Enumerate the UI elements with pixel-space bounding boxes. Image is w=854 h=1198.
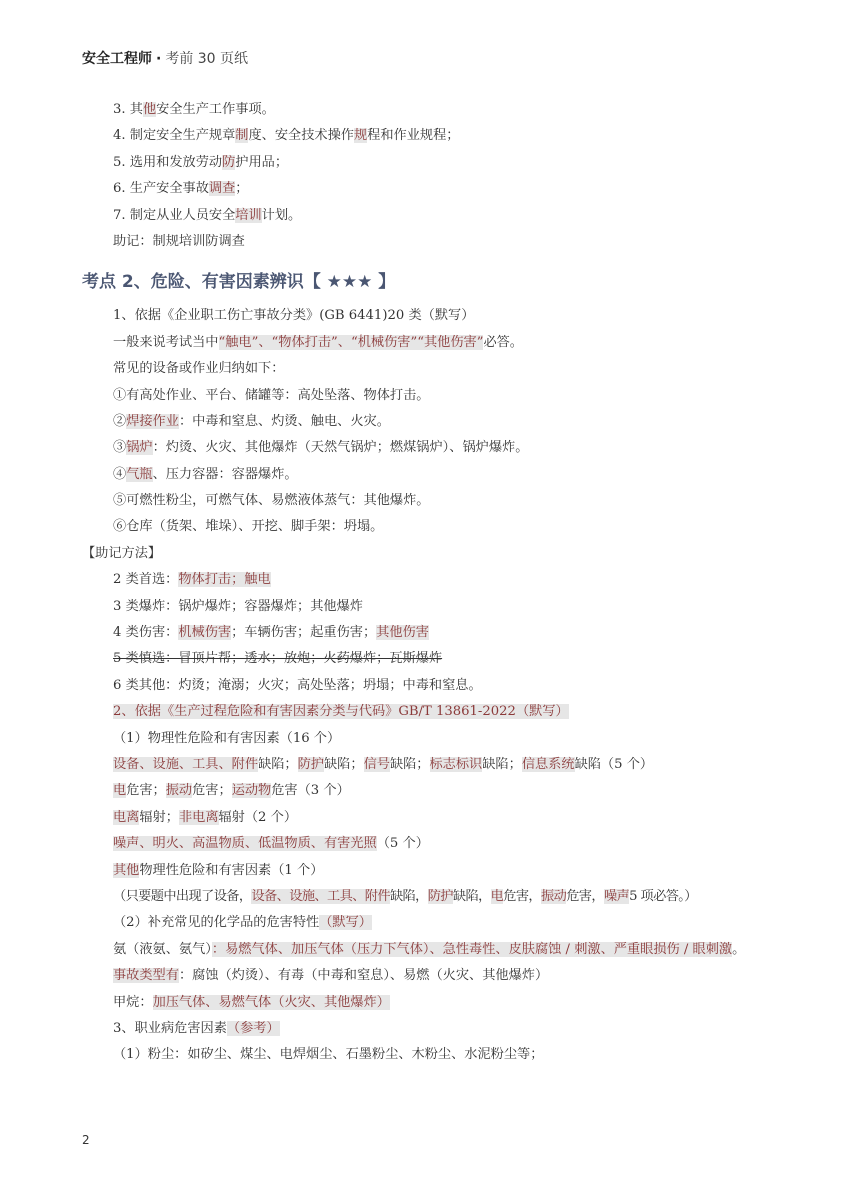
text-line: 【助记方法】 xyxy=(82,541,762,567)
highlighted-text: 事故类型有 xyxy=(113,968,179,983)
text-line: 设备、设施、工具、附件缺陷；防护缺陷；信号缺陷；标志标识缺陷；信息系统缺陷（5 … xyxy=(82,752,762,778)
page-header: 安全工程师·考前 30 页纸 xyxy=(82,48,248,68)
highlighted-text: 加压气体、易燃气体（火灾、其他爆炸） xyxy=(153,995,390,1010)
text-line: 2、依据《生产过程危险和有害因素分类与代码》GB/T 13861-2022（默写… xyxy=(82,699,762,725)
text-run: 危害（3 个） xyxy=(271,783,350,798)
text-run: 危害， xyxy=(503,889,541,904)
highlighted-text: 电 xyxy=(491,889,504,904)
text-run: 3 类爆炸：锅炉爆炸；容器爆炸；其他爆炸 xyxy=(113,599,363,614)
text-run: 缺陷， xyxy=(390,889,428,904)
text-run: 5 项必答。） xyxy=(629,889,697,904)
text-line: 氨（液氨、氨气）：易燃气体、加压气体（压力下气体）、急性毒性、皮肤腐蚀 / 刺激… xyxy=(82,937,762,963)
highlighted-text: 气瓶 xyxy=(126,467,152,482)
text-line: （1）物理性危险和有害因素（16 个） xyxy=(82,726,762,752)
text-run: （只要题中出现了设备， xyxy=(113,889,251,904)
text-run: 甲烷： xyxy=(113,995,153,1010)
text-run: ⑥仓库（货架、堆垛）、开挖、脚手架：坍塌。 xyxy=(113,519,383,534)
highlighted-text: 机械伤害 xyxy=(178,625,231,640)
text-run: 。 xyxy=(732,942,745,957)
text-run: 安全生产工作事项。 xyxy=(156,102,275,117)
text-run: ④ xyxy=(113,467,126,482)
text-line: ③锅炉：灼烫、火灾、其他爆炸（天然气锅炉；燃煤锅炉）、锅炉爆炸。 xyxy=(82,435,762,461)
highlighted-text: 防护 xyxy=(298,757,324,772)
highlighted-text: （默写） xyxy=(319,915,372,930)
highlighted-text: 设备、设施、工具、附件 xyxy=(113,757,258,772)
text-run: 7. 制定从业人员安全 xyxy=(113,208,235,223)
header-subtitle: 考前 30 页纸 xyxy=(165,51,248,67)
highlighted-text: 防 xyxy=(222,155,235,170)
text-line: 噪声、明火、高温物质、低温物质、有害光照（5 个） xyxy=(82,831,762,857)
highlighted-text: 规 xyxy=(354,128,367,143)
document-body: 3. 其他安全生产工作事项。4. 制定安全生产规章制度、安全技术操作规程和作业规… xyxy=(82,97,762,1069)
highlighted-text: 噪声、明火、高温物质、低温物质、有害光照 xyxy=(113,836,377,851)
text-line: 其他物理性危险和有害因素（1 个） xyxy=(82,858,762,884)
page-number: 2 xyxy=(82,1133,90,1147)
header-separator: · xyxy=(156,51,161,67)
text-run: 助记：制规培训防调查 xyxy=(113,234,245,249)
text-line: （1）粉尘：如矽尘、煤尘、电焊烟尘、石墨粉尘、木粉尘、水泥粉尘等； xyxy=(82,1042,762,1068)
text-run: 度、安全技术操作 xyxy=(248,128,354,143)
text-line: ②焊接作业：中毒和窒息、灼烫、触电、火灾。 xyxy=(82,409,762,435)
text-line: ①有高处作业、平台、储罐等：高处坠落、物体打击。 xyxy=(82,383,762,409)
text-line: 助记：制规培训防调查 xyxy=(82,229,762,255)
highlighted-text: 振动 xyxy=(541,889,566,904)
text-run: ③ xyxy=(113,440,126,455)
text-run: ：中毒和窒息、灼烫、触电、火灾。 xyxy=(179,414,390,429)
text-run: 缺陷， xyxy=(453,889,491,904)
text-run: 危害； xyxy=(126,783,166,798)
text-line: 7. 制定从业人员安全培训计划。 xyxy=(82,203,762,229)
text-line: 事故类型有：腐蚀（灼烫）、有毒（中毒和窒息）、易燃（火灾、其他爆炸） xyxy=(82,963,762,989)
text-run: 程和作业规程； xyxy=(367,128,459,143)
text-run: 缺陷； xyxy=(482,757,522,772)
text-line: 5. 选用和发放劳动防护用品； xyxy=(82,150,762,176)
text-line: 3 类爆炸：锅炉爆炸；容器爆炸；其他爆炸 xyxy=(82,594,762,620)
text-run: （1）粉尘：如矽尘、煤尘、电焊烟尘、石墨粉尘、木粉尘、水泥粉尘等； xyxy=(113,1047,543,1062)
text-run: 一般来说考试当中 xyxy=(113,335,219,350)
text-run: ：灼烫、火灾、其他爆炸（天然气锅炉；燃煤锅炉）、锅炉爆炸。 xyxy=(153,440,529,455)
text-run: 计划。 xyxy=(262,208,302,223)
text-run: 缺陷； xyxy=(258,757,298,772)
highlighted-text: 振动 xyxy=(166,783,192,798)
text-run: 辐射； xyxy=(139,810,179,825)
text-run: 5. 选用和发放劳动 xyxy=(113,155,222,170)
highlighted-text: 噪声 xyxy=(604,889,629,904)
text-run: 1、依据《企业职工伤亡事故分类》(GB 6441)20 类（默写） xyxy=(113,308,474,323)
text-line: （2）补充常见的化学品的危害特性（默写） xyxy=(82,910,762,936)
highlighted-text: 电离 xyxy=(113,810,139,825)
text-run: 6 类其他：灼烫；淹溺；火灾；高处坠落；坍塌；中毒和窒息。 xyxy=(113,678,482,693)
highlighted-text: 物体打击；触电 xyxy=(178,572,270,587)
text-run: 5 类慎选：冒顶片帮；透水；放炮；火药爆炸；瓦斯爆炸 xyxy=(113,651,442,666)
duty-list: 3. 其他安全生产工作事项。4. 制定安全生产规章制度、安全技术操作规程和作业规… xyxy=(82,97,762,255)
text-line: 6. 生产安全事故调查； xyxy=(82,176,762,202)
highlighted-text: 2、依据《生产过程危险和有害因素分类与代码》GB/T 13861-2022（默写… xyxy=(113,704,569,719)
highlighted-text: 电 xyxy=(113,783,126,798)
highlighted-text: 非电离 xyxy=(179,810,219,825)
highlighted-text: 运动物 xyxy=(232,783,272,798)
text-run: 缺陷（5 个） xyxy=(575,757,654,772)
highlighted-text: 其他伤害 xyxy=(376,625,429,640)
text-line: 常见的设备或作业归纳如下： xyxy=(82,356,762,382)
highlighted-text: 他 xyxy=(143,102,156,117)
text-line: ⑤可燃性粉尘，可燃气体、易燃液体蒸气：其他爆炸。 xyxy=(82,488,762,514)
text-run: 危害， xyxy=(566,889,604,904)
text-line: 4. 制定安全生产规章制度、安全技术操作规程和作业规程； xyxy=(82,123,762,149)
text-line: 一般来说考试当中“触电”、“物体打击”、“机械伤害”“其他伤害”必答。 xyxy=(82,330,762,356)
highlighted-text: 信息系统 xyxy=(522,757,575,772)
text-run: 常见的设备或作业归纳如下： xyxy=(113,361,284,376)
highlighted-text: ：易燃气体、加压气体（压力下气体）、急性毒性、皮肤腐蚀 / 刺激、严重眼损伤 /… xyxy=(212,942,732,957)
highlighted-text: 标志标识 xyxy=(430,757,483,772)
text-run: ；车辆伤害；起重伤害； xyxy=(231,625,376,640)
text-line: 6 类其他：灼烫；淹溺；火灾；高处坠落；坍塌；中毒和窒息。 xyxy=(82,673,762,699)
text-run: 、压力容器：容器爆炸。 xyxy=(153,467,298,482)
text-run: ①有高处作业、平台、储罐等：高处坠落、物体打击。 xyxy=(113,388,430,403)
text-line: 5 类慎选：冒顶片帮；透水；放炮；火药爆炸；瓦斯爆炸 xyxy=(82,646,762,672)
text-run: 4 类伤害： xyxy=(113,625,178,640)
text-run: 必答。 xyxy=(483,335,523,350)
section-content: 1、依据《企业职工伤亡事故分类》(GB 6441)20 类（默写）一般来说考试当… xyxy=(82,303,762,1068)
highlighted-text: “触电”、“物体打击”、“机械伤害”“其他伤害” xyxy=(219,335,484,350)
text-line: 4 类伤害：机械伤害；车辆伤害；起重伤害；其他伤害 xyxy=(82,620,762,646)
text-line: 2 类首选：物体打击；触电 xyxy=(82,567,762,593)
text-run: 缺陷； xyxy=(390,757,430,772)
text-line: 电危害；振动危害；运动物危害（3 个） xyxy=(82,778,762,804)
highlighted-text: 设备、设施、工具、附件 xyxy=(251,889,389,904)
text-run: （5 个） xyxy=(377,836,429,851)
text-run: ⑤可燃性粉尘，可燃气体、易燃液体蒸气：其他爆炸。 xyxy=(113,493,430,508)
text-run: 物理性危险和有害因素（1 个） xyxy=(139,863,323,878)
highlighted-text: 培训 xyxy=(235,208,261,223)
header-brand: 安全工程师 xyxy=(82,51,152,67)
text-run: 护用品； xyxy=(235,155,288,170)
text-line: ④气瓶、压力容器：容器爆炸。 xyxy=(82,462,762,488)
section-title: 考点 2、危险、有害因素辨识【 ★★★ 】 xyxy=(82,269,762,295)
highlighted-text: 其他 xyxy=(113,863,139,878)
text-line: 1、依据《企业职工伤亡事故分类》(GB 6441)20 类（默写） xyxy=(82,303,762,329)
highlighted-text: 防护 xyxy=(428,889,453,904)
text-run: ； xyxy=(235,181,248,196)
text-line: 甲烷：加压气体、易燃气体（火灾、其他爆炸） xyxy=(82,990,762,1016)
text-line: 3. 其他安全生产工作事项。 xyxy=(82,97,762,123)
highlighted-text: 制 xyxy=(235,128,248,143)
text-run: 氨（液氨、氨气） xyxy=(113,942,212,957)
highlighted-text: （参考） xyxy=(227,1021,280,1036)
text-line: （只要题中出现了设备，设备、设施、工具、附件缺陷，防护缺陷，电危害，振动危害，噪… xyxy=(82,884,762,910)
highlighted-text: 信号 xyxy=(364,757,390,772)
text-run: 缺陷； xyxy=(324,757,364,772)
text-run: 【助记方法】 xyxy=(82,546,161,561)
text-run: 4. 制定安全生产规章 xyxy=(113,128,235,143)
text-run: 2 类首选： xyxy=(113,572,178,587)
text-line: 3、职业病危害因素（参考） xyxy=(82,1016,762,1042)
text-run: 3、职业病危害因素 xyxy=(113,1021,227,1036)
text-run: （1）物理性危险和有害因素（16 个） xyxy=(113,731,340,746)
highlighted-text: 焊接作业 xyxy=(126,414,179,429)
highlighted-text: 调查 xyxy=(209,181,235,196)
text-run: 危害； xyxy=(192,783,232,798)
text-run: 6. 生产安全事故 xyxy=(113,181,209,196)
text-run: 3. 其 xyxy=(113,102,143,117)
text-line: ⑥仓库（货架、堆垛）、开挖、脚手架：坍塌。 xyxy=(82,514,762,540)
highlighted-text: 锅炉 xyxy=(126,440,152,455)
text-run: ：腐蚀（灼烫）、有毒（中毒和窒息）、易燃（火灾、其他爆炸） xyxy=(179,968,548,983)
text-line: 电离辐射；非电离辐射（2 个） xyxy=(82,805,762,831)
text-run: （2）补充常见的化学品的危害特性 xyxy=(113,915,319,930)
text-run: 辐射（2 个） xyxy=(219,810,298,825)
text-run: ② xyxy=(113,414,126,429)
